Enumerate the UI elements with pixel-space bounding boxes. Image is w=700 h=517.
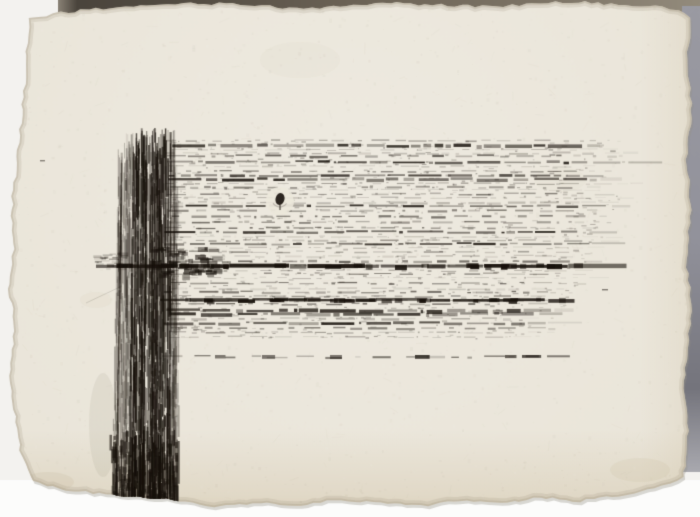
artwork-canvas [0, 0, 700, 517]
photograph [0, 0, 700, 517]
